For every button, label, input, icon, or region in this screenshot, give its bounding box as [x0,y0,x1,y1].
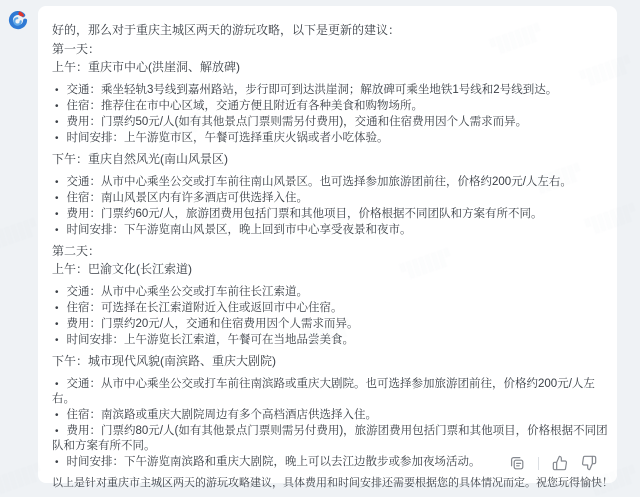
list-item-text: 时间安排：下午游览南滨路和重庆大剧院，晚上可以去江边散步或参加夜场活动。 [67,456,481,468]
dislike-button[interactable] [581,455,597,471]
bullet-dot: • [52,223,67,238]
bullet-dot: • [52,408,67,423]
bullet-dot: • [52,424,67,439]
day2-afternoon-title: 下午：城市现代风貌(南滨路、重庆大剧院) [52,354,609,369]
bullet-dot: • [52,131,67,146]
thumbs-down-icon [581,455,597,471]
list-item-text: 时间安排：上午游览市区，午餐可选择重庆火锅或者小吃体验。 [67,132,389,144]
list-item-text: 费用：门票约80元/人(如有其他景点门票则需另付费用)，旅游团费用包括门票和其他… [52,425,608,452]
copy-button[interactable] [509,455,525,471]
list-item-text: 交通：从市中心乘坐公交或打车前往南滨路或重庆大剧院。也可选择参加旅游团前往，价格… [52,378,595,405]
list-item: •住宿：南山风景区内有许多酒店可供选择入住。 [52,191,609,206]
assistant-message: 好的，那么对于重庆主城区两天的游玩攻略，以下是更新的建议： 第一天： 上午：重庆… [52,23,609,491]
list-item-text: 住宿：南滨路或重庆大剧院周边有多个高档酒店供选择入住。 [67,409,378,421]
day1-morning-title: 上午：重庆市中心(洪崖洞、解放碑) [52,60,609,75]
list-item: •交通：从市中心乘坐公交或打车前往南滨路或重庆大剧院。也可选择参加旅游团前往，价… [52,377,609,407]
bullet-dot: • [52,455,67,470]
bullet-dot: • [52,377,67,392]
watermark: ▒▒▒▒▒▒▒▒ ▒▒▒▒▒▒ [0,217,41,251]
bullet-dot: • [52,99,67,114]
bullet-dot: • [52,207,67,222]
assistant-message-card: 好的，那么对于重庆主城区两天的游玩攻略，以下是更新的建议： 第一天： 上午：重庆… [38,6,617,483]
day2-morning-list: •交通：从市中心乘坐公交或打车前往长江索道。 •住宿：可选择在长江索道附近入住或… [52,285,609,348]
day1-label: 第一天： [52,42,609,57]
flame-swirl-icon [8,10,28,30]
list-item-text: 费用：门票约20元/人，交通和住宿费用因个人需求而异。 [67,318,359,330]
list-item: •交通：乘坐轻轨3号线到嘉州路站，步行即可到达洪崖洞；解放碑可乘坐地铁1号线和2… [52,83,609,98]
message-closing: 以上是针对重庆市主城区两天的游玩攻略建议，具体费用和时间安排还需要根据您的具体情… [52,476,609,491]
list-item-text: 交通：从市中心乘坐公交或打车前往南山风景区。也可选择参加旅游团前往，价格约200… [67,176,572,188]
day1-afternoon-list: •交通：从市中心乘坐公交或打车前往南山风景区。也可选择参加旅游团前往，价格约20… [52,175,609,238]
like-button[interactable] [552,455,568,471]
list-item-text: 时间安排：上午游览长江索道，午餐可在当地品尝美食。 [67,334,355,346]
list-item-text: 时间安排：下午游览南山风景区，晚上回到市中心享受夜景和夜市。 [67,224,412,236]
list-item: •住宿：推荐住在市中心区域，交通方便且附近有各种美食和购物场所。 [52,99,609,114]
list-item-text: 交通：乘坐轻轨3号线到嘉州路站，步行即可到达洪崖洞；解放碑可乘坐地铁1号线和2号… [67,84,558,96]
list-item: •费用：门票约50元/人(如有其他景点门票则需另付费用)，交通和住宿费用因个人需… [52,115,609,130]
day1-afternoon-title: 下午：重庆自然风光(南山风景区) [52,152,609,167]
list-item-text: 费用：门票约60元/人，旅游团费用包括门票和其他项目，价格根据不同团队和方案有所… [67,208,543,220]
day1-morning-list: •交通：乘坐轻轨3号线到嘉州路站，步行即可到达洪崖洞；解放碑可乘坐地铁1号线和2… [52,83,609,146]
bullet-dot: • [52,83,67,98]
bullet-dot: • [52,317,67,332]
list-item: •交通：从市中心乘坐公交或打车前往长江索道。 [52,285,609,300]
list-item-text: 费用：门票约50元/人(如有其他景点门票则需另付费用)，交通和住宿费用因个人需求… [67,116,528,128]
list-item-text: 住宿：南山风景区内有许多酒店可供选择入住。 [67,192,309,204]
spark-assistant-logo [8,10,28,30]
thumbs-up-icon [552,455,568,471]
bullet-dot: • [52,175,67,190]
copy-icon [509,455,525,471]
list-item: •时间安排：上午游览市区，午餐可选择重庆火锅或者小吃体验。 [52,131,609,146]
list-item: •费用：门票约20元/人，交通和住宿费用因个人需求而异。 [52,317,609,332]
list-item: •时间安排：上午游览长江索道，午餐可在当地品尝美食。 [52,333,609,348]
list-item-text: 住宿：可选择在长江索道附近入住或返回市中心住宿。 [67,302,343,314]
list-item-text: 交通：从市中心乘坐公交或打车前往长江索道。 [67,286,309,298]
list-item: •费用：门票约80元/人(如有其他景点门票则需另付费用)，旅游团费用包括门票和其… [52,424,609,454]
list-item: •时间安排：下午游览南山风景区，晚上回到市中心享受夜景和夜市。 [52,223,609,238]
action-divider [538,457,539,470]
bullet-dot: • [52,115,67,130]
message-action-bar [509,455,597,471]
day2-morning-title: 上午：巴渝文化(长江索道) [52,262,609,277]
day2-label: 第二天： [52,244,609,259]
list-item: •费用：门票约60元/人，旅游团费用包括门票和其他项目，价格根据不同团队和方案有… [52,207,609,222]
list-item: •交通：从市中心乘坐公交或打车前往南山风景区。也可选择参加旅游团前往，价格约20… [52,175,609,190]
bullet-dot: • [52,191,67,206]
bullet-dot: • [52,301,67,316]
list-item: •住宿：南滨路或重庆大剧院周边有多个高档酒店供选择入住。 [52,408,609,423]
list-item-text: 住宿：推荐住在市中心区域，交通方便且附近有各种美食和购物场所。 [67,100,424,112]
list-item: •住宿：可选择在长江索道附近入住或返回市中心住宿。 [52,301,609,316]
bullet-dot: • [52,333,67,348]
message-intro: 好的，那么对于重庆主城区两天的游玩攻略，以下是更新的建议： [52,23,609,38]
bullet-dot: • [52,285,67,300]
